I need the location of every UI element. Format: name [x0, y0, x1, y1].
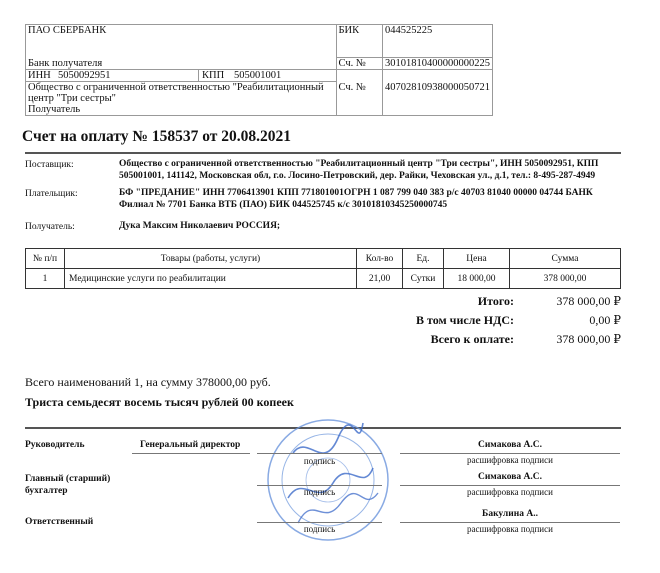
items-count-summary: Всего наименований 1, на сумму 378000,00… [25, 375, 271, 390]
responsible-name: Бакулина А.. [400, 509, 620, 519]
bik-label: БИК [336, 25, 382, 58]
corr-account-label: Сч. № [336, 57, 382, 69]
account-value: 40702810938000050721 [383, 69, 493, 115]
bank-label: Банк получателя [26, 57, 337, 69]
col-qty: Кол-во [357, 249, 403, 269]
vat-value: 0,00 ₽ [501, 313, 621, 328]
col-unit: Ед. [403, 249, 444, 269]
recipient-name: Общество с ограниченной ответственностью… [28, 82, 334, 104]
accountant-signature-caption: подпись [257, 487, 382, 497]
cell-qty: 21,00 [357, 269, 403, 289]
supplier-line-1: Общество с ограниченной ответственностью… [119, 158, 598, 170]
accountant-decode-caption: расшифровка подписи [400, 487, 620, 497]
inn-kpp-row: ИНН 5050092951 КПП 505001001 [26, 69, 337, 81]
responsible-signature-line[interactable] [257, 522, 382, 523]
amount-in-words: Триста семьдесят восемь тысяч рублей 00 … [25, 395, 294, 410]
due-value: 378 000,00 ₽ [501, 332, 621, 347]
director-position: Генеральный директор [140, 440, 240, 451]
inn-value: 5050092951 [58, 70, 198, 81]
total-label: Итого: [314, 294, 514, 309]
items-header-row: № п/п Товары (работы, услуги) Кол-во Ед.… [26, 249, 621, 269]
vat-label: В том числе НДС: [314, 313, 514, 328]
col-sum: Сумма [510, 249, 621, 269]
corr-account-value: 30101810400000000225 [383, 57, 493, 69]
accountant-signature-line[interactable] [257, 485, 382, 486]
total-value: 378 000,00 ₽ [501, 294, 621, 309]
responsible-name-line [400, 522, 620, 523]
responsible-role: Ответственный [25, 517, 93, 528]
cell-unit: Сутки [403, 269, 444, 289]
bank-name: ПАО СБЕРБАНК [28, 25, 106, 36]
responsible-signature-caption: подпись [257, 524, 382, 534]
payer-line-2: Филиал № 7701 Банка ВТБ (ПАО) БИК 044525… [119, 199, 447, 211]
director-decode-caption: расшифровка подписи [400, 455, 620, 465]
inn-label: ИНН [26, 70, 58, 81]
col-number: № п/п [26, 249, 65, 269]
position-line [132, 453, 250, 454]
bank-details-table: ПАО СБЕРБАНК БИК 044525225 Банк получате… [25, 24, 493, 116]
accountant-name: Симакова А.С. [400, 472, 620, 482]
account-label: Сч. № [336, 69, 382, 115]
recipient-label: Получатель [28, 104, 334, 115]
table-row: 1 Медицинские услуги по реабилитации 21,… [26, 269, 621, 289]
kpp-value: 505001001 [234, 70, 281, 81]
accountant-role-line-1: Главный (старший) [25, 474, 110, 485]
col-goods: Товары (работы, услуги) [65, 249, 357, 269]
director-name: Симакова А.С. [400, 440, 620, 450]
responsible-decode-caption: расшифровка подписи [400, 524, 620, 534]
cell-sum: 378 000,00 [510, 269, 621, 289]
payer-line-1: БФ "ПРЕДАНИЕ" ИНН 7706413901 КПП 7718010… [119, 187, 593, 199]
supplier-line-2: 505001001, 141142, Московская обл, г.о. … [119, 170, 595, 182]
director-name-line [400, 453, 620, 454]
recipient-party-value: Дука Максим Николаевич РОССИЯ; [119, 220, 280, 232]
items-table: № п/п Товары (работы, услуги) Кол-во Ед.… [25, 248, 621, 289]
director-role: Руководитель [25, 440, 84, 451]
payer-label: Плательщик: [25, 189, 78, 199]
title-divider [25, 152, 621, 154]
director-signature-caption: подпись [257, 456, 382, 466]
due-label: Всего к оплате: [314, 332, 514, 347]
bik-value: 044525225 [383, 25, 493, 58]
cell-goods: Медицинские услуги по реабилитации [65, 269, 357, 289]
invoice-title: Счет на оплату № 158537 от 20.08.2021 [22, 128, 291, 146]
accountant-name-line [400, 485, 620, 486]
recipient-cell: Общество с ограниченной ответственностью… [26, 81, 337, 115]
accountant-role-line-2: бухгалтер [25, 486, 68, 497]
bank-name-cell: ПАО СБЕРБАНК [26, 25, 337, 58]
col-price: Цена [444, 249, 510, 269]
kpp-label: КПП [198, 70, 234, 81]
supplier-label: Поставщик: [25, 160, 74, 170]
cell-number: 1 [26, 269, 65, 289]
recipient-party-label: Получатель: [25, 222, 75, 232]
cell-price: 18 000,00 [444, 269, 510, 289]
director-signature-line[interactable] [257, 453, 382, 454]
